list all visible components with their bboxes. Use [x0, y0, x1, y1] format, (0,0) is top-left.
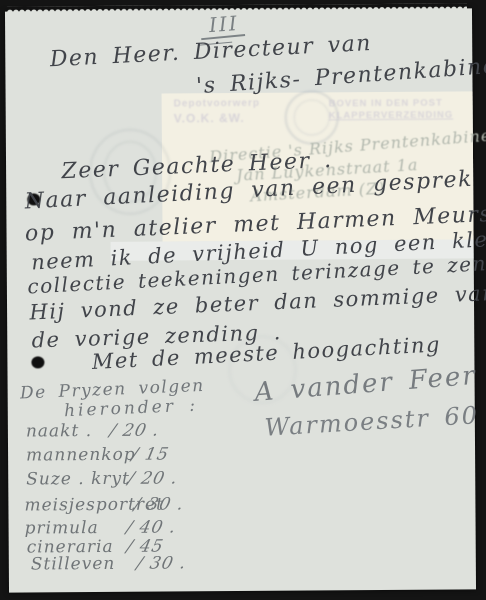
price-item-value: / 40 .: [125, 517, 179, 537]
price-item-value: / 30 .: [133, 494, 187, 514]
price-row: primula / 40 .: [25, 517, 177, 538]
depot-stamp-line1: Depotvoorwerp: [174, 98, 260, 111]
right-stamp-line2: KLAPPERVERZENDING: [329, 109, 454, 122]
scanned-letter-screenshot: Depotvoorwerp V.O.K. &W. BOVEN IN DEN PO…: [0, 0, 486, 600]
price-item-name: meisjesportret: [24, 495, 128, 516]
price-item-value: / 20 .: [108, 421, 162, 441]
faint-depot-stamp: Depotvoorwerp V.O.K. &W.: [174, 98, 261, 126]
price-row: meisjesportret / 30 .: [24, 494, 184, 515]
price-item-value: / 20 .: [127, 468, 181, 488]
price-row: Stilleven / 30 .: [31, 553, 187, 574]
page-numbering: III: [208, 11, 239, 37]
letter-paper: Depotvoorwerp V.O.K. &W. BOVEN IN DEN PO…: [5, 8, 476, 592]
signature-address: Warmoesstr 60 .: [264, 400, 486, 442]
price-item-name: Stilleven: [31, 554, 131, 575]
price-row: mannenkop / 15: [26, 445, 169, 466]
price-item-name: primula: [25, 518, 121, 539]
price-item-value: / 15: [130, 444, 171, 464]
price-item-name: Suze . kryt: [26, 469, 122, 490]
price-item-name: mannenkop: [26, 445, 126, 466]
depot-stamp-line2: V.O.K. &W.: [174, 110, 260, 126]
faint-right-stamp: BOVEN IN DEN POST KLAPPERVERZENDING: [329, 98, 454, 123]
price-row: Suze . kryt / 20 .: [26, 468, 178, 489]
price-item-value: / 30 .: [135, 553, 189, 573]
price-intro-line2: hieronder :: [64, 396, 199, 422]
punch-hole-bottom: [31, 356, 44, 368]
price-item-name: naakt .: [26, 421, 104, 442]
price-row: naakt . / 20 .: [26, 421, 160, 442]
right-stamp-line1: BOVEN IN DEN POST: [329, 98, 454, 111]
